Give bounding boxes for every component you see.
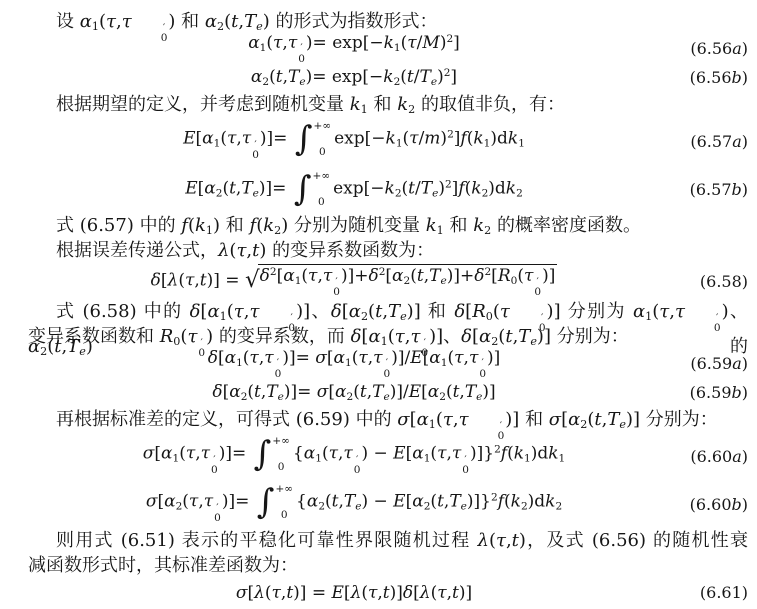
text-run: (	[325, 492, 332, 512]
text-run: (	[188, 215, 195, 236]
text-run: b	[732, 68, 742, 87]
text-run: ]	[450, 67, 457, 87]
text-run: τ	[343, 444, 352, 464]
equation-body: E[α1(τ,τ′0)]= ∫+∞0exp[−k1(τ/m)2]f(k1)dk1	[28, 121, 680, 160]
text-run: δ	[454, 301, 465, 322]
text-run: λ	[420, 583, 431, 603]
text-run: σ	[146, 492, 158, 512]
text-run: 分别为随机变量	[294, 215, 426, 236]
text-run: +∞	[275, 484, 293, 495]
text-run: 0	[275, 369, 282, 380]
equation-body: δ[α1(τ,τ′0)]= σ[α1(τ,τ′0)]/E[α1(τ,τ′0)]	[28, 348, 680, 380]
text-run: m	[424, 129, 440, 149]
text-run: (	[353, 382, 360, 402]
equation-body: σ[α1(τ,τ′0)]= ∫+∞0{α1(τ,τ′0) − E[α1(τ,τ′…	[28, 436, 680, 475]
text-run: b	[732, 180, 742, 199]
text-run: k	[263, 215, 274, 236]
text-run: τ	[272, 583, 281, 603]
equation-body: α1(τ,τ′0)= exp[−k1(τ/M)2]	[28, 33, 680, 65]
text-run: σ	[397, 409, 409, 430]
text-run: (	[446, 382, 453, 402]
text-run: t	[360, 382, 367, 402]
text-run: )	[722, 301, 729, 322]
text-run: τ	[358, 348, 367, 368]
text-run: α	[568, 409, 580, 430]
equation-line: α1(τ,τ′0)= exp[−k1(τ/M)2](6.56a)	[28, 34, 748, 63]
text-run: (6.57	[690, 180, 732, 199]
integral-limits: +∞0	[275, 484, 293, 520]
text-run: α	[429, 348, 440, 368]
text-run: )]=	[259, 179, 292, 199]
text-run: E	[183, 129, 195, 149]
equation-number: (6.61)	[680, 583, 748, 602]
text-run: τ	[189, 492, 198, 512]
text-run: )]=	[222, 492, 255, 512]
equation-line: δ[α1(τ,τ′0)]= σ[α1(τ,τ′0)]/E[α1(τ,τ′0)](…	[28, 349, 748, 378]
text-run: 1	[220, 310, 227, 323]
text-run: )]	[537, 326, 557, 347]
equation-number: (6.59a)	[680, 354, 748, 373]
text-run: T	[388, 301, 400, 322]
text-run: )	[263, 11, 276, 32]
text-run: α	[349, 301, 361, 322]
text-run: 0	[314, 147, 332, 158]
text-run: α	[417, 409, 429, 430]
text-run: 0	[384, 369, 391, 380]
text-run: (6.60	[690, 495, 732, 514]
text-run: )	[259, 240, 272, 261]
equation-number: (6.60a)	[680, 447, 748, 466]
text-run: k	[514, 444, 524, 464]
text-run: )]+	[341, 266, 369, 286]
text-run: 、	[310, 301, 331, 322]
text-run: τ	[236, 240, 246, 261]
text-run: α	[80, 11, 92, 32]
text-run: 0	[686, 323, 721, 334]
text-run: a	[732, 354, 742, 373]
text-run: (6.60	[690, 447, 732, 466]
text-run: t	[383, 583, 390, 603]
text-run: (	[517, 266, 524, 286]
sub-sup-stack: ′0	[214, 503, 221, 524]
text-run: T	[344, 492, 355, 512]
text-run: 0	[534, 287, 541, 298]
text-run: )	[742, 383, 748, 402]
text-run: α	[225, 348, 236, 368]
text-run: 、	[443, 326, 461, 347]
text-run: R	[160, 326, 174, 347]
text-run: k	[511, 492, 521, 512]
text-run: τ	[443, 409, 453, 430]
text-run: [	[344, 583, 351, 603]
sub-sup-stack: ′0	[252, 140, 259, 161]
text-run: E	[410, 348, 422, 368]
text-run: σ	[236, 583, 248, 603]
equation-body: α2(t,Te)= exp[−k2(t/Te)2]	[28, 67, 680, 88]
text-run: k	[383, 67, 393, 87]
text-run: τ	[395, 326, 405, 347]
sub-sup-stack: ′0	[686, 313, 721, 334]
text-run: τ	[675, 301, 685, 322]
text-run: 根据误差传递公式，	[56, 240, 218, 261]
text-run: k	[471, 179, 481, 199]
text-run: (	[507, 444, 514, 464]
text-run: ) −	[361, 492, 393, 512]
text-run: 和	[525, 409, 549, 430]
text-run: δ	[190, 301, 201, 322]
text-run: τ	[410, 326, 420, 347]
text-run: 0	[486, 310, 493, 323]
text-run: δ	[331, 301, 342, 322]
text-run: 式 (6.57) 中的	[56, 215, 181, 236]
text-run: (	[400, 67, 407, 87]
text-run: τ	[249, 301, 259, 322]
text-run: [	[161, 271, 168, 291]
text-run: τ	[288, 33, 297, 53]
text-run: (	[410, 266, 417, 286]
equation-line: E[α2(t,Te)]= ∫+∞0exp[−k2(t/Te)2]f(k2)dk2…	[28, 165, 748, 213]
text-run: 2	[491, 492, 498, 504]
text-run: (6.59	[690, 383, 732, 402]
text-run: )	[742, 354, 748, 373]
equation-body: δ[α2(t,Te)]= σ[α2(t,Te)]/E[α2(t,Te)]	[28, 382, 680, 403]
text-run: λ	[218, 240, 229, 261]
text-run: τ	[407, 33, 416, 53]
text-run: λ	[478, 530, 489, 551]
text-run: )	[206, 326, 219, 347]
text-run: (	[322, 444, 329, 464]
text-run: )	[281, 215, 294, 236]
text-run: σ	[317, 382, 329, 402]
text-run: τ	[187, 326, 197, 347]
equation-number: (6.57b)	[680, 180, 748, 199]
text-run: 2	[494, 444, 501, 456]
text-run: τ	[234, 301, 244, 322]
text-run: 的形式为指数形式：	[276, 11, 438, 32]
text-run: 0	[333, 287, 340, 298]
equation-body: σ[λ(τ,t)] = E[λ(τ,t)]δ[λ(τ,t)]	[28, 583, 680, 603]
text-run: {	[296, 492, 307, 512]
text-run: 1	[518, 138, 525, 150]
text-run: (	[436, 409, 443, 430]
text-run: τ	[454, 348, 463, 368]
equation-number: (6.56b)	[680, 68, 748, 87]
text-run: [	[342, 301, 349, 322]
text-run: [	[491, 266, 498, 286]
text-run: a	[732, 39, 742, 58]
text-run: τ	[524, 266, 533, 286]
text-run: 1	[381, 335, 388, 348]
text-run: )	[438, 179, 445, 199]
text-run: δ	[403, 583, 413, 603]
text-run: E	[185, 179, 197, 199]
text-run: t	[276, 67, 283, 87]
text-run: )]=	[219, 444, 252, 464]
text-run: 2	[361, 310, 368, 323]
text-run: δ	[368, 266, 378, 286]
text-run: )]=	[282, 348, 315, 368]
text-run: 1	[345, 357, 352, 369]
text-run: 0	[252, 150, 259, 161]
text-run: 1	[206, 224, 213, 237]
equation-body: δ[λ(τ,t)] = √δ2[α1(τ,τ′0)]+δ2[α2(t,Te)]+…	[28, 264, 680, 298]
integral: ∫+∞0	[295, 121, 331, 157]
text-run: 和	[226, 215, 250, 236]
text-run: k	[386, 129, 396, 149]
text-run: 0	[354, 465, 361, 476]
text-run: 1	[429, 418, 436, 431]
sqrt-body: δ2[α1(τ,τ′0)]+δ2[α2(t,Te)]+δ2[R0(τ′0)]	[258, 264, 558, 298]
text-run: e	[400, 310, 407, 323]
text-run: k	[506, 179, 516, 199]
text-run: α	[335, 382, 346, 402]
text-run: )]	[626, 409, 646, 430]
text-run: σ	[143, 444, 155, 464]
text-run: τ	[437, 583, 446, 603]
text-run: )]/	[390, 382, 409, 402]
text-run: (	[220, 129, 227, 149]
integral: ∫+∞0	[257, 484, 293, 520]
sub-sup-stack: ′0	[298, 43, 305, 64]
text-run: )d	[488, 179, 506, 199]
sub-sup-stack: ′0	[211, 455, 218, 476]
sub-sup-stack: ′0	[479, 358, 486, 379]
integral-limits: +∞0	[313, 171, 331, 207]
text-run: ，及式 (6.56) 的随机性衰	[526, 530, 748, 551]
text-run: 0	[462, 465, 469, 476]
text-run: )]=	[260, 129, 293, 149]
text-run: t	[452, 583, 459, 603]
text-run: 1	[236, 357, 243, 369]
text-run: )]	[505, 409, 525, 430]
text-run: 和	[368, 94, 397, 115]
text-run: (	[99, 11, 106, 32]
integral: ∫+∞0	[294, 171, 330, 207]
text-run: T	[372, 382, 383, 402]
text-run: )]}	[470, 444, 494, 464]
text-run: t	[437, 492, 444, 512]
text-run: exp[−	[334, 129, 385, 149]
text-run: )d	[531, 444, 549, 464]
text-run: 分别为：	[646, 409, 718, 430]
text-run: +∞	[313, 171, 331, 182]
text-run: )	[742, 132, 748, 151]
text-run: 2	[516, 187, 523, 199]
text-run: (	[227, 301, 234, 322]
equation-body: E[α2(t,Te)]= ∫+∞0exp[−k2(t/Te)2]f(k2)dk2	[28, 171, 680, 207]
text-run: t	[332, 492, 339, 512]
text-run: a	[732, 447, 742, 466]
text-run: (6.56	[690, 68, 732, 87]
paragraph-line: 根据误差传递公式，λ(τ,t) 的变异系数函数为：	[28, 238, 748, 263]
text-run: T	[244, 11, 256, 32]
text-run: )	[742, 495, 748, 514]
text-run: R	[472, 301, 486, 322]
text-run: t	[512, 530, 519, 551]
sqrt-radical: √δ2[α1(τ,τ′0)]+δ2[α2(t,Te)]+δ2[R0(τ′0)]	[245, 264, 557, 298]
integral-icon: ∫	[257, 488, 275, 517]
text-run: k	[508, 129, 518, 149]
text-run: a	[732, 132, 742, 151]
paragraph-line: 根据期望的定义，并考虑到随机变量 k1 和 k2 的取值非负，有：	[28, 92, 748, 117]
text-run: 根据期望的定义，并考虑到随机变量	[56, 94, 350, 115]
text-run: t	[505, 326, 512, 347]
text-run: )]=	[284, 382, 317, 402]
text-run: α	[207, 301, 219, 322]
text-run: 分别为	[568, 301, 633, 322]
sub-sup-stack: ′0	[333, 277, 340, 298]
text-run: 和	[428, 301, 454, 322]
text-run: ) −	[361, 444, 393, 464]
text-run: (	[504, 492, 511, 512]
text-run: τ	[496, 530, 506, 551]
equation-line: σ[λ(τ,t)] = E[λ(τ,t)]δ[λ(τ,t)](6.61)	[28, 578, 748, 607]
text-run: E	[409, 382, 421, 402]
text-run: )]	[482, 382, 495, 402]
text-run: 2	[270, 266, 277, 278]
text-run: τ	[368, 583, 377, 603]
text-run: t	[594, 409, 601, 430]
text-run: λ	[168, 271, 179, 291]
text-run: k	[473, 215, 484, 236]
text-run: [	[410, 409, 417, 430]
text-run: )]/	[391, 348, 410, 368]
text-run: 设	[56, 11, 80, 32]
integral-icon: ∫	[295, 125, 313, 154]
text-run: T	[421, 179, 432, 199]
text-run: 1	[394, 42, 401, 54]
text-run: (6.59	[690, 354, 732, 373]
text-run: σ	[549, 409, 561, 430]
text-run: τ	[659, 301, 669, 322]
text-run: T	[241, 179, 252, 199]
text-run: k	[195, 215, 206, 236]
text-run: 0	[214, 513, 221, 524]
text-run: δ	[260, 266, 270, 286]
text-run: α	[412, 444, 423, 464]
sub-sup-stack: ′0	[384, 358, 391, 379]
text-run: τ	[227, 129, 236, 149]
text-run: (6.57	[690, 132, 732, 151]
text-run: α	[283, 266, 294, 286]
integral: ∫+∞0	[254, 436, 290, 472]
text-run: (	[269, 67, 276, 87]
text-run: λ	[254, 583, 265, 603]
text-run: b	[732, 495, 742, 514]
text-run: τ	[201, 444, 210, 464]
text-run: T	[266, 382, 277, 402]
text-run: k	[426, 215, 437, 236]
text-run: δ	[212, 382, 222, 402]
text-run: τ	[106, 11, 116, 32]
paragraph-line: 设 α1(τ,τ′0) 和 α2(t,Te) 的形式为指数形式：	[28, 9, 748, 34]
text-run: τ	[323, 266, 332, 286]
text-run: )	[519, 530, 526, 551]
text-run: )	[213, 215, 226, 236]
text-run: )= exp[−	[306, 67, 384, 87]
text-run: (6.56	[690, 39, 732, 58]
text-run: +∞	[272, 436, 290, 447]
text-run: )]	[542, 266, 555, 286]
text-run: 1	[92, 20, 99, 33]
text-run: E	[393, 444, 405, 464]
text-run: e	[530, 335, 537, 348]
paragraph-line: 式 (6.58) 中的 δ[α1(τ,τ′0)]、δ[α2(t,Te)] 和 δ…	[28, 299, 748, 324]
paragraph-line: 减函数形式时，其标准差函数为：	[28, 553, 748, 578]
text-run: 再根据标准差的定义，可得式 (6.59) 中的	[56, 409, 397, 430]
text-run: (6.58)	[700, 272, 748, 291]
text-run: τ	[249, 348, 258, 368]
text-run: α	[229, 382, 240, 402]
text-run: T	[429, 266, 440, 286]
text-run: [	[327, 348, 334, 368]
text-run: )	[742, 180, 748, 199]
text-run: 0	[275, 510, 293, 521]
text-run: t	[417, 266, 424, 286]
text-run: 2	[445, 179, 452, 191]
text-run: τ	[329, 444, 338, 464]
text-run: α	[334, 348, 345, 368]
text-run: α	[307, 492, 318, 512]
text-run: δ	[461, 326, 472, 347]
text-run: T	[465, 382, 476, 402]
text-run: 的变异系数函数为：	[272, 240, 434, 261]
text-run: τ	[452, 444, 461, 464]
text-run: E	[393, 492, 405, 512]
text-run: 1	[361, 103, 368, 116]
text-run: k	[397, 94, 408, 115]
text-run: T	[518, 326, 530, 347]
text-run: k	[384, 33, 394, 53]
text-run: α	[202, 129, 213, 149]
text-run: )]+	[447, 266, 475, 286]
text-run: T	[607, 409, 619, 430]
text-run: τ	[500, 301, 510, 322]
text-run: τ	[204, 492, 213, 512]
text-run: τ	[185, 271, 194, 291]
text-run: τ	[242, 129, 251, 149]
equation-line: δ[λ(τ,t)] = √δ2[α1(τ,τ′0)]+δ2[α2(t,Te)]+…	[28, 263, 748, 299]
text-run: τ	[122, 11, 132, 32]
text-run: )	[742, 68, 748, 87]
text-run: α	[392, 266, 403, 286]
document-content: 设 α1(τ,τ′0) 和 α2(t,Te) 的形式为指数形式：α1(τ,τ′0…	[28, 9, 748, 607]
text-run: exp[−	[333, 179, 384, 199]
text-run: τ	[469, 348, 478, 368]
integral-icon: ∫	[254, 440, 272, 469]
text-run: 2	[521, 501, 528, 513]
text-run: α	[164, 492, 175, 512]
text-run: E	[332, 583, 344, 603]
text-run: R	[498, 266, 511, 286]
integral-icon: ∫	[294, 175, 312, 204]
text-run: 分别为：	[557, 326, 629, 347]
equation-number: (6.60b)	[680, 495, 748, 514]
text-run: δ	[474, 266, 484, 286]
text-run: (	[182, 492, 189, 512]
text-run: α	[479, 326, 491, 347]
equation-number: (6.58)	[680, 272, 748, 291]
text-run: 变异系数函数和	[28, 326, 160, 347]
text-run: k	[350, 94, 361, 115]
text-run: τ	[409, 129, 418, 149]
text-run: α	[304, 444, 315, 464]
text-run: 0	[272, 462, 290, 473]
text-run: b	[732, 383, 742, 402]
text-run: )	[168, 11, 181, 32]
text-run: (	[361, 583, 368, 603]
text-run: )]	[547, 301, 568, 322]
